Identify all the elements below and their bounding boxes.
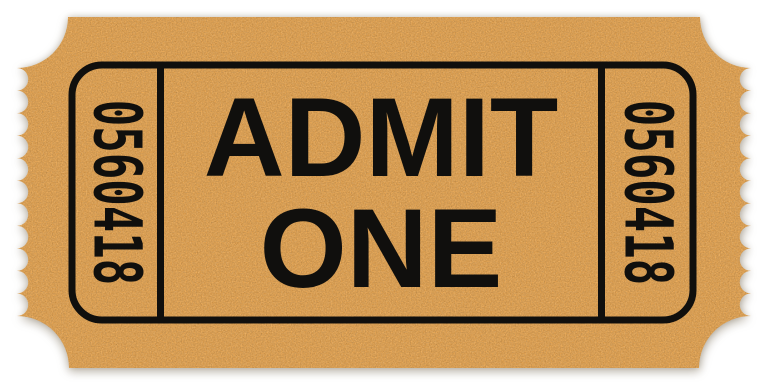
serial-number-right: 0560418 xyxy=(609,100,685,285)
ticket-canvas: 0560418 0560418 ADMIT ONE xyxy=(0,0,768,390)
ticket: 0560418 0560418 ADMIT ONE xyxy=(0,0,768,390)
serial-number-left: 0560418 xyxy=(78,100,154,285)
ticket-image: 0560418 0560418 ADMIT ONE xyxy=(0,0,768,390)
admit-text-line2: ONE xyxy=(260,186,503,311)
admit-text-line1: ADMIT xyxy=(204,75,559,200)
